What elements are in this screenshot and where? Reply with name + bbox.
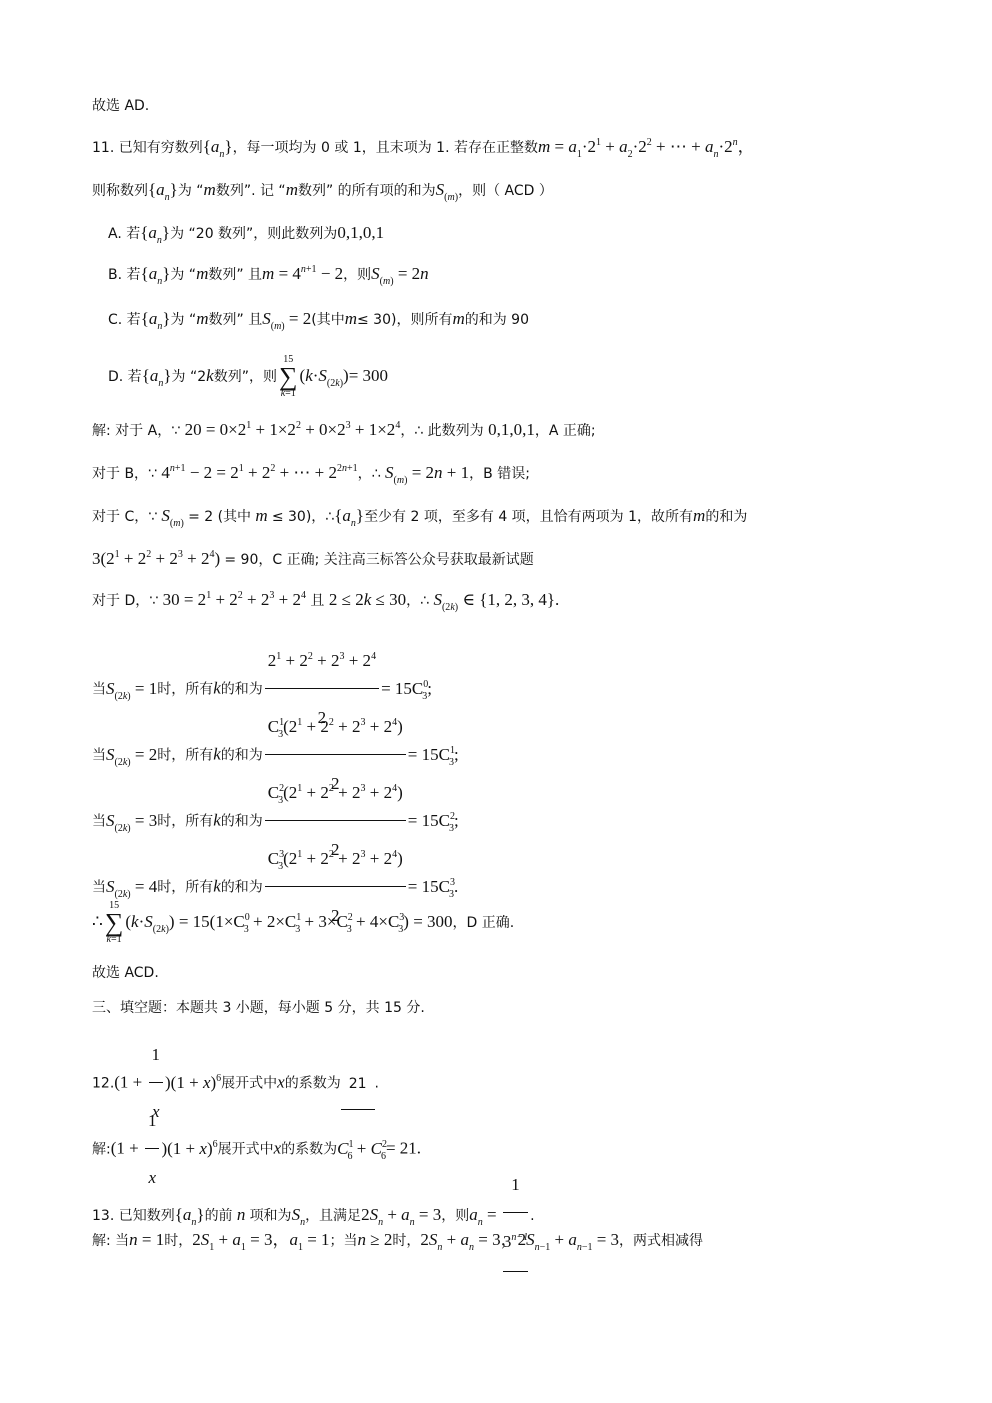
q11-stem-line2: 则称数列{an}为 “m数列”. 记 “m数列” 的所有项的和为S(m)，则（ …	[92, 180, 553, 201]
sol11-a: 解: 对于 A，∵ 20 = 0×21 + 1×22 + 0×23 + 1×24…	[92, 420, 596, 441]
section-3-heading: 三、填空题：本题共 3 小题，每小题 5 分，共 15 分.	[92, 998, 425, 1018]
sol11-d: 对于 D，∵ 30 = 21 + 22 + 23 + 24 且 2 ≤ 2k ≤…	[92, 590, 559, 611]
q11-option-a: A. 若{an}为 “20 数列”，则此数列为0,1,0,1	[108, 223, 384, 244]
sol11-c-cont: 3(21 + 22 + 23 + 24) = 90，C 正确; 关注高三标答公众…	[92, 549, 534, 570]
q13-stem: 13. 已知数列{an}的前 n 项和为Sn，且满足2Sn + an = 3，则…	[92, 1160, 535, 1272]
sol11-total: ∴15∑k=1(k·S(2k)) = 15(1×C03 + 2×C13 + 3×…	[92, 898, 514, 947]
q11-option-b: B. 若{an}为 “m数列” 且m = 4n+1 − 2，则S(m) = 2n	[108, 264, 429, 285]
q11-option-d: D. 若{an}为 “2k数列”，则15∑k=1(k·S(2k))= 300	[108, 352, 388, 401]
q11-option-c: C. 若{an}为 “m数列” 且S(m) = 2(其中m≤ 30)，则所有m的…	[108, 309, 529, 330]
q11-stem-line1: 11. 已知有穷数列{an}，每一项均为 0 或 1，且末项为 1. 若存在正整…	[92, 137, 755, 158]
q13-answer: 13n−1	[503, 1160, 528, 1272]
sol11-b: 对于 B，∵ 4n+1 − 2 = 21 + 22 + ⋯ + 22n+1，∴ …	[92, 463, 530, 484]
sol11-c: 对于 C，∵ S(m) = 2 (其中 m ≤ 30)，∴{an}至少有 2 项…	[92, 506, 747, 527]
q13-solution: 解: 当n = 1时，2S1 + a1 = 3，a1 = 1；当n ≥ 2时，2…	[92, 1230, 703, 1251]
conclusion-prev: 故选 AD.	[92, 96, 149, 116]
sol11-final: 故选 ACD.	[92, 963, 159, 983]
